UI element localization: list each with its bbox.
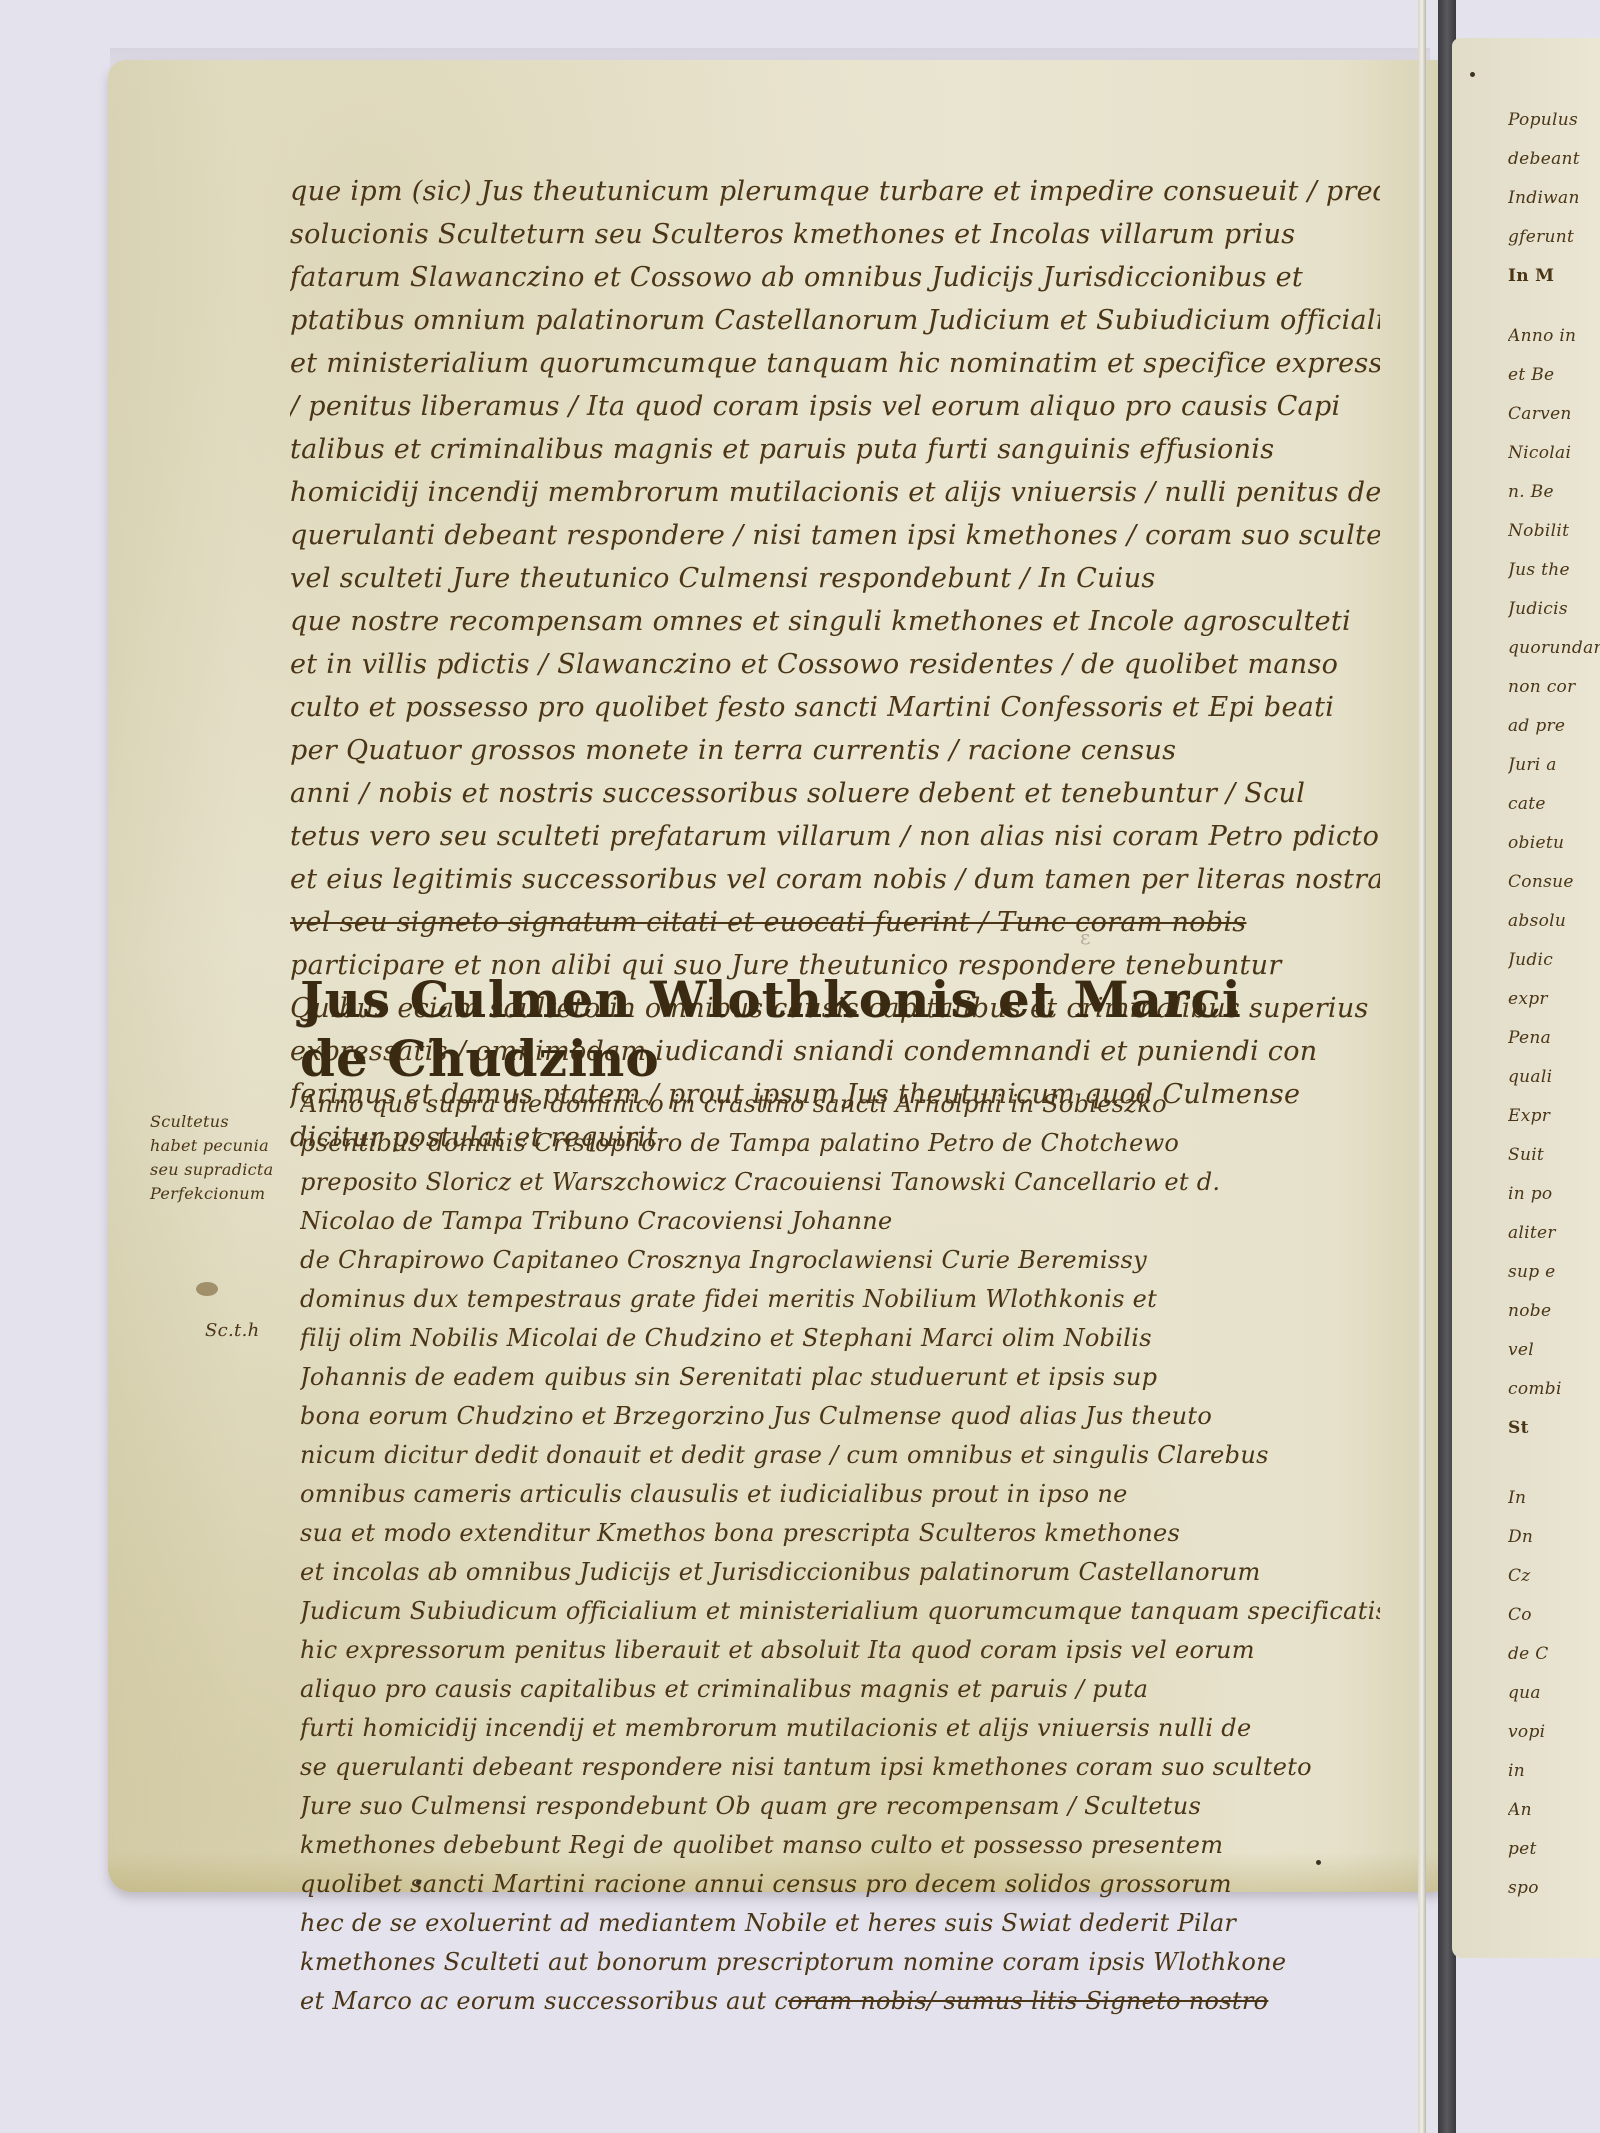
adjacent-fragment: Suit — [1508, 1145, 1600, 1184]
line-text: dominus dux tempestraus grate fidei meri… — [300, 1285, 1157, 1313]
ink-speck — [1470, 72, 1475, 77]
adjacent-fragment: nobe — [1508, 1301, 1600, 1340]
adjacent-fragment: Populus — [1508, 110, 1600, 149]
adjacent-fragment: In — [1508, 1488, 1600, 1527]
manuscript-line: filij olim Nobilis Micolai de Chudzino e… — [300, 1319, 1380, 1358]
adjacent-fragment: debeant — [1508, 149, 1600, 188]
adjacent-fragment: quali — [1508, 1067, 1600, 1106]
line-text: Judicum Subiudicum officialium et minist… — [300, 1597, 1380, 1625]
manuscript-line: per Quatuor grossos monete in terra curr… — [290, 729, 1380, 772]
adjacent-fragment: Co — [1508, 1605, 1600, 1644]
line-text: culto et possesso pro quolibet festo san… — [290, 692, 1334, 723]
line-text: aliquo pro causis capitalibus et crimina… — [300, 1675, 1148, 1703]
manuscript-line: talibus et criminalibus magnis et paruis… — [290, 428, 1380, 471]
line-text: omnibus cameris articulis clausulis et i… — [300, 1480, 1128, 1508]
adjacent-fragment: in — [1508, 1761, 1600, 1800]
line-text: filij olim Nobilis Micolai de Chudzino e… — [300, 1324, 1152, 1352]
line-text: hic expressorum penitus liberauit et abs… — [300, 1636, 1255, 1664]
line-text: quolibet sancti Martini racione annui ce… — [300, 1870, 1232, 1898]
manuscript-line: psentibus dominis Cristophoro de Tampa p… — [300, 1124, 1380, 1163]
margin-note-line: Perfekcionum — [150, 1182, 290, 1206]
adjacent-fragment: absolu — [1508, 911, 1600, 950]
line-text: querulanti debeant respondere / nisi tam… — [290, 520, 1380, 551]
manuscript-line: homicidij incendij membrorum mutilacioni… — [290, 471, 1380, 514]
adjacent-fragment: Carven — [1508, 404, 1600, 443]
manuscript-line: aliquo pro causis capitalibus et crimina… — [300, 1670, 1380, 1709]
adjacent-fragment: In M — [1508, 266, 1600, 326]
manuscript-line: sua et modo extenditur Kmethos bona pres… — [300, 1514, 1380, 1553]
adjacent-fragment: expr — [1508, 989, 1600, 1028]
line-text-struck: oram nobis/ sumus litis Signeto nostro — [788, 1987, 1268, 2015]
adjacent-fragment: Jus the — [1508, 560, 1600, 599]
line-text: per Quatuor grossos monete in terra curr… — [290, 735, 1176, 766]
ink-speck — [1316, 1860, 1321, 1865]
adjacent-fragment: in po — [1508, 1184, 1600, 1223]
line-text: Jure suo Culmensi respondebunt Ob quam g… — [300, 1792, 1201, 1820]
line-text: que nostre recompensam omnes et singuli … — [290, 606, 1351, 637]
adjacent-fragment: de C — [1508, 1644, 1600, 1683]
manuscript-line: se querulanti debeant respondere nisi ta… — [300, 1748, 1380, 1787]
manuscript-line: Nicolao de Tampa Tribuno Cracoviensi Joh… — [300, 1202, 1380, 1241]
line-text: et ministerialium quorumcumque tanquam h… — [290, 348, 1380, 379]
line-text: solucionis Sculteturn seu Sculteros kmet… — [290, 219, 1295, 250]
line-text: anni / nobis et nostris successoribus so… — [290, 778, 1305, 809]
ink-speck — [416, 1880, 421, 1885]
margin-note-left: Scultetushabet pecuniaseu supradictaPerf… — [150, 1110, 290, 1206]
manuscript-line: ptatibus omnium palatinorum Castellanoru… — [290, 299, 1380, 342]
adjacent-fragment: An — [1508, 1800, 1600, 1839]
line-text: fatarum Slawanczino et Cossowo ab omnibu… — [290, 262, 1303, 293]
margin-note-line: Scultetus — [150, 1110, 290, 1134]
heading-text: Jus Culmen Wlothkonis et Marci de Chudzi… — [300, 970, 1242, 1088]
line-text: psentibus dominis Cristophoro de Tampa p… — [300, 1129, 1179, 1157]
line-text: furti homicidij incendij et membrorum mu… — [300, 1714, 1251, 1742]
manuscript-line: tetus vero seu sculteti prefatarum villa… — [290, 815, 1380, 858]
manuscript-line: quolibet sancti Martini racione annui ce… — [300, 1865, 1380, 1904]
adjacent-fragment: Consue — [1508, 872, 1600, 911]
manuscript-line: et incolas ab omnibus Judicijs et Jurisd… — [300, 1553, 1380, 1592]
line-text: tetus vero seu sculteti prefatarum villa… — [290, 821, 1379, 852]
adjacent-fragment: vopi — [1508, 1722, 1600, 1761]
line-text: Nicolao de Tampa Tribuno Cracoviensi Joh… — [300, 1207, 893, 1235]
bleed-through-mark: ε — [1080, 925, 1090, 949]
adjacent-fragment: ad pre — [1508, 716, 1600, 755]
adjacent-fragment: Nobilit — [1508, 521, 1600, 560]
manuscript-line: et ministerialium quorumcumque tanquam h… — [290, 342, 1380, 385]
margin-note-line: seu supradicta — [150, 1158, 290, 1182]
line-text: homicidij incendij membrorum mutilacioni… — [290, 477, 1380, 508]
adjacent-fragment: non cor — [1508, 677, 1600, 716]
line-text: et in villis pdictis / Slawanczino et Co… — [290, 649, 1338, 680]
manuscript-line: Anno quo supra die dominico in crastino … — [300, 1085, 1380, 1124]
line-text: kmethones Sculteti aut bonorum prescript… — [300, 1948, 1286, 1976]
adjacent-fragment: Anno in — [1508, 326, 1600, 365]
adjacent-fragment: sup e — [1508, 1262, 1600, 1301]
line-text: et incolas ab omnibus Judicijs et Jurisd… — [300, 1558, 1261, 1586]
manuscript-line: bona eorum Chudzino et Brzegorzino Jus C… — [300, 1397, 1380, 1436]
manuscript-line: et Marco ac eorum successoribus aut cora… — [300, 1982, 1380, 2021]
line-text: et eius legitimis successoribus vel cora… — [290, 864, 1380, 895]
manuscript-line: de Chrapirowo Capitaneo Crosznya Ingrocl… — [300, 1241, 1380, 1280]
adjacent-fragment: Nicolai — [1508, 443, 1600, 482]
manuscript-line: Jure suo Culmensi respondebunt Ob quam g… — [300, 1787, 1380, 1826]
manuscript-line: culto et possesso pro quolibet festo san… — [290, 686, 1380, 729]
manuscript-line: et in villis pdictis / Slawanczino et Co… — [290, 643, 1380, 686]
manuscript-line: fatarum Slawanczino et Cossowo ab omnibu… — [290, 256, 1380, 299]
manuscript-line: kmethones debebunt Regi de quolibet mans… — [300, 1826, 1380, 1865]
adjacent-fragment: pet — [1508, 1839, 1600, 1878]
manuscript-line: que ipm (sic) Jus theutunicum plerumque … — [290, 170, 1380, 213]
line-text: Anno quo supra die dominico in crastino … — [300, 1090, 1167, 1118]
manuscript-line: nicum dicitur dedit donauit et dedit gra… — [300, 1436, 1380, 1475]
manuscript-line: solucionis Sculteturn seu Sculteros kmet… — [290, 213, 1380, 256]
manuscript-line: hic expressorum penitus liberauit et abs… — [300, 1631, 1380, 1670]
adjacent-fragment: qua — [1508, 1683, 1600, 1722]
line-text: kmethones debebunt Regi de quolibet mans… — [300, 1831, 1223, 1859]
line-text: talibus et criminalibus magnis et paruis… — [290, 434, 1274, 465]
line-text: ptatibus omnium palatinorum Castellanoru… — [290, 305, 1380, 336]
line-text: vel sculteti Jure theutunico Culmensi re… — [290, 563, 1156, 594]
manuscript-line: vel sculteti Jure theutunico Culmensi re… — [290, 557, 1380, 600]
manuscript-line: et eius legitimis successoribus vel cora… — [290, 858, 1380, 901]
manuscript-line: Johannis de eadem quibus sin Serenitati … — [300, 1358, 1380, 1397]
adjacent-fragment: Expr — [1508, 1106, 1600, 1145]
line-text: que ipm (sic) Jus theutunicum plerumque … — [290, 176, 1380, 207]
manuscript-line: furti homicidij incendij et membrorum mu… — [300, 1709, 1380, 1748]
adjacent-fragment: Pena — [1508, 1028, 1600, 1067]
manuscript-line: / penitus liberamus / Ita quod coram ips… — [290, 385, 1380, 428]
lower-text-section: Anno quo supra die dominico in crastino … — [300, 1085, 1380, 2021]
line-text: / penitus liberamus / Ita quod coram ips… — [290, 391, 1340, 422]
line-text: vel seu signeto signatum citati et euoca… — [290, 907, 1246, 938]
adjacent-fragment: vel — [1508, 1340, 1600, 1379]
adjacent-fragment: et Be — [1508, 365, 1600, 404]
adjacent-fragment: Dn — [1508, 1527, 1600, 1566]
adjacent-fragment: Cz — [1508, 1566, 1600, 1605]
adjacent-fragment: St — [1508, 1418, 1600, 1488]
section-heading: Jus Culmen Wlothkonis et Marci de Chudzi… — [300, 970, 1300, 1088]
line-text: preposito Sloricz et Warszchowicz Cracou… — [300, 1168, 1220, 1196]
line-text: et Marco ac eorum successoribus aut c — [300, 1987, 788, 2015]
manuscript-line: anni / nobis et nostris successoribus so… — [290, 772, 1380, 815]
manuscript-line: omnibus cameris articulis clausulis et i… — [300, 1475, 1380, 1514]
manuscript-line: querulanti debeant respondere / nisi tam… — [290, 514, 1380, 557]
line-text: se querulanti debeant respondere nisi ta… — [300, 1753, 1312, 1781]
adjacent-page-text: PopulusdebeantIndiwangferuntIn MAnno ine… — [1508, 110, 1600, 1917]
adjacent-fragment: cate — [1508, 794, 1600, 833]
adjacent-fragment: combi — [1508, 1379, 1600, 1418]
adjacent-fragment: Judic — [1508, 950, 1600, 989]
manuscript-line: preposito Sloricz et Warszchowicz Cracou… — [300, 1163, 1380, 1202]
adjacent-fragment: n. Be — [1508, 482, 1600, 521]
line-text: de Chrapirowo Capitaneo Crosznya Ingrocl… — [300, 1246, 1147, 1274]
adjacent-fragment: obietu — [1508, 833, 1600, 872]
adjacent-fragment: spo — [1508, 1878, 1600, 1917]
adjacent-fragment: quorundam — [1508, 638, 1600, 677]
manuscript-line: vel seu signeto signatum citati et euoca… — [290, 901, 1380, 944]
ink-blot — [196, 1282, 218, 1296]
manuscript-line: Judicum Subiudicum officialium et minist… — [300, 1592, 1380, 1631]
book-gutter — [1418, 0, 1426, 2133]
manuscript-line: hec de se exoluerint ad mediantem Nobile… — [300, 1904, 1380, 1943]
line-text: Johannis de eadem quibus sin Serenitati … — [300, 1363, 1157, 1391]
line-text: sua et modo extenditur Kmethos bona pres… — [300, 1519, 1180, 1547]
adjacent-fragment: Indiwan — [1508, 188, 1600, 227]
adjacent-fragment: aliter — [1508, 1223, 1600, 1262]
margin-note-left-lower: Sc.t.h — [205, 1320, 259, 1341]
line-text: nicum dicitur dedit donauit et dedit gra… — [300, 1441, 1269, 1469]
adjacent-fragment: Juri a — [1508, 755, 1600, 794]
margin-note-line: habet pecunia — [150, 1134, 290, 1158]
adjacent-fragment: gferunt — [1508, 227, 1600, 266]
line-text: bona eorum Chudzino et Brzegorzino Jus C… — [300, 1402, 1212, 1430]
manuscript-line: dominus dux tempestraus grate fidei meri… — [300, 1280, 1380, 1319]
line-text: hec de se exoluerint ad mediantem Nobile… — [300, 1909, 1236, 1937]
adjacent-fragment: Judicis — [1508, 599, 1600, 638]
manuscript-line: que nostre recompensam omnes et singuli … — [290, 600, 1380, 643]
manuscript-line: kmethones Sculteti aut bonorum prescript… — [300, 1943, 1380, 1982]
